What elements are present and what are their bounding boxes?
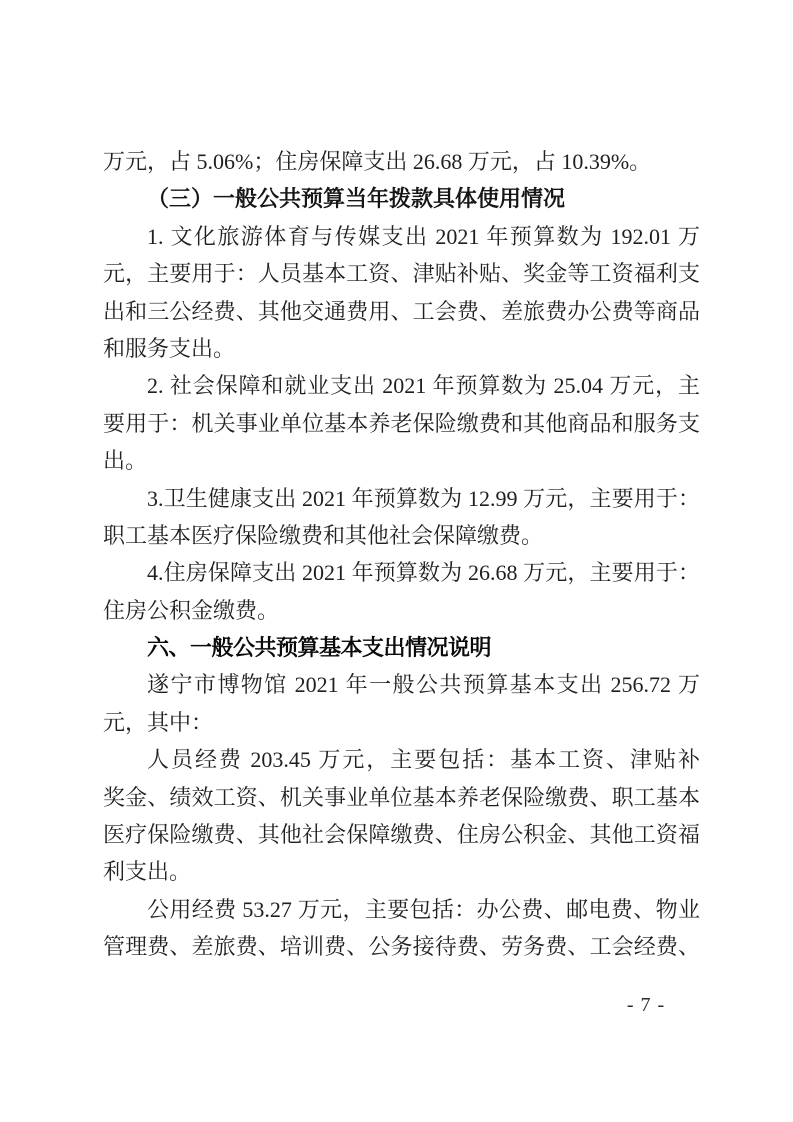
text-line: 人员经费 203.45 万元，主要包括：基本工资、津贴补贴、 <box>103 741 700 778</box>
text-line: 出和三公经费、其他交通费用、工会费、差旅费办公费等商品 <box>103 293 700 330</box>
section-heading-liu: 六、一般公共预算基本支出情况说明 <box>103 629 700 666</box>
text-line: 元，其中： <box>103 704 700 741</box>
text-line: 利支出。 <box>103 853 700 890</box>
document-body: 万元，占 5.06%；住房保障支出 26.68 万元，占 10.39%。 （三）… <box>103 143 700 966</box>
text-line: 奖金、绩效工资、机关事业单位基本养老保险缴费、职工基本 <box>103 779 700 816</box>
text-line: 出。 <box>103 442 700 479</box>
text-line: 和服务支出。 <box>103 330 700 367</box>
text-line: 要用于：机关事业单位基本养老保险缴费和其他商品和服务支 <box>103 405 700 442</box>
text-line: 元，主要用于：人员基本工资、津贴补贴、奖金等工资福利支 <box>103 255 700 292</box>
text-line: 遂宁市博物馆 2021 年一般公共预算基本支出 256.72 万 <box>103 666 700 703</box>
text-line: 公用经费 53.27 万元，主要包括：办公费、邮电费、物业 <box>103 891 700 928</box>
text-line: 3.卫生健康支出 2021 年预算数为 12.99 万元，主要用于： <box>103 480 700 517</box>
text-line: 医疗保险缴费、其他社会保障缴费、住房公积金、其他工资福 <box>103 816 700 853</box>
text-line: 1. 文化旅游体育与传媒支出 2021 年预算数为 192.01 万 <box>103 218 700 255</box>
text-line: 2. 社会保障和就业支出 2021 年预算数为 25.04 万元，主 <box>103 367 700 404</box>
page-number: - 7 - <box>616 991 676 1019</box>
section-heading-san: （三）一般公共预算当年拨款具体使用情况 <box>103 180 700 217</box>
text-line: 职工基本医疗保险缴费和其他社会保障缴费。 <box>103 517 700 554</box>
text-line: 住房公积金缴费。 <box>103 592 700 629</box>
text-line: 管理费、差旅费、培训费、公务接待费、劳务费、工会经费、 <box>103 928 700 965</box>
text-line: 4.住房保障支出 2021 年预算数为 26.68 万元，主要用于： <box>103 554 700 591</box>
document-page: 万元，占 5.06%；住房保障支出 26.68 万元，占 10.39%。 （三）… <box>0 0 793 1122</box>
text-line: 万元，占 5.06%；住房保障支出 26.68 万元，占 10.39%。 <box>103 143 700 180</box>
